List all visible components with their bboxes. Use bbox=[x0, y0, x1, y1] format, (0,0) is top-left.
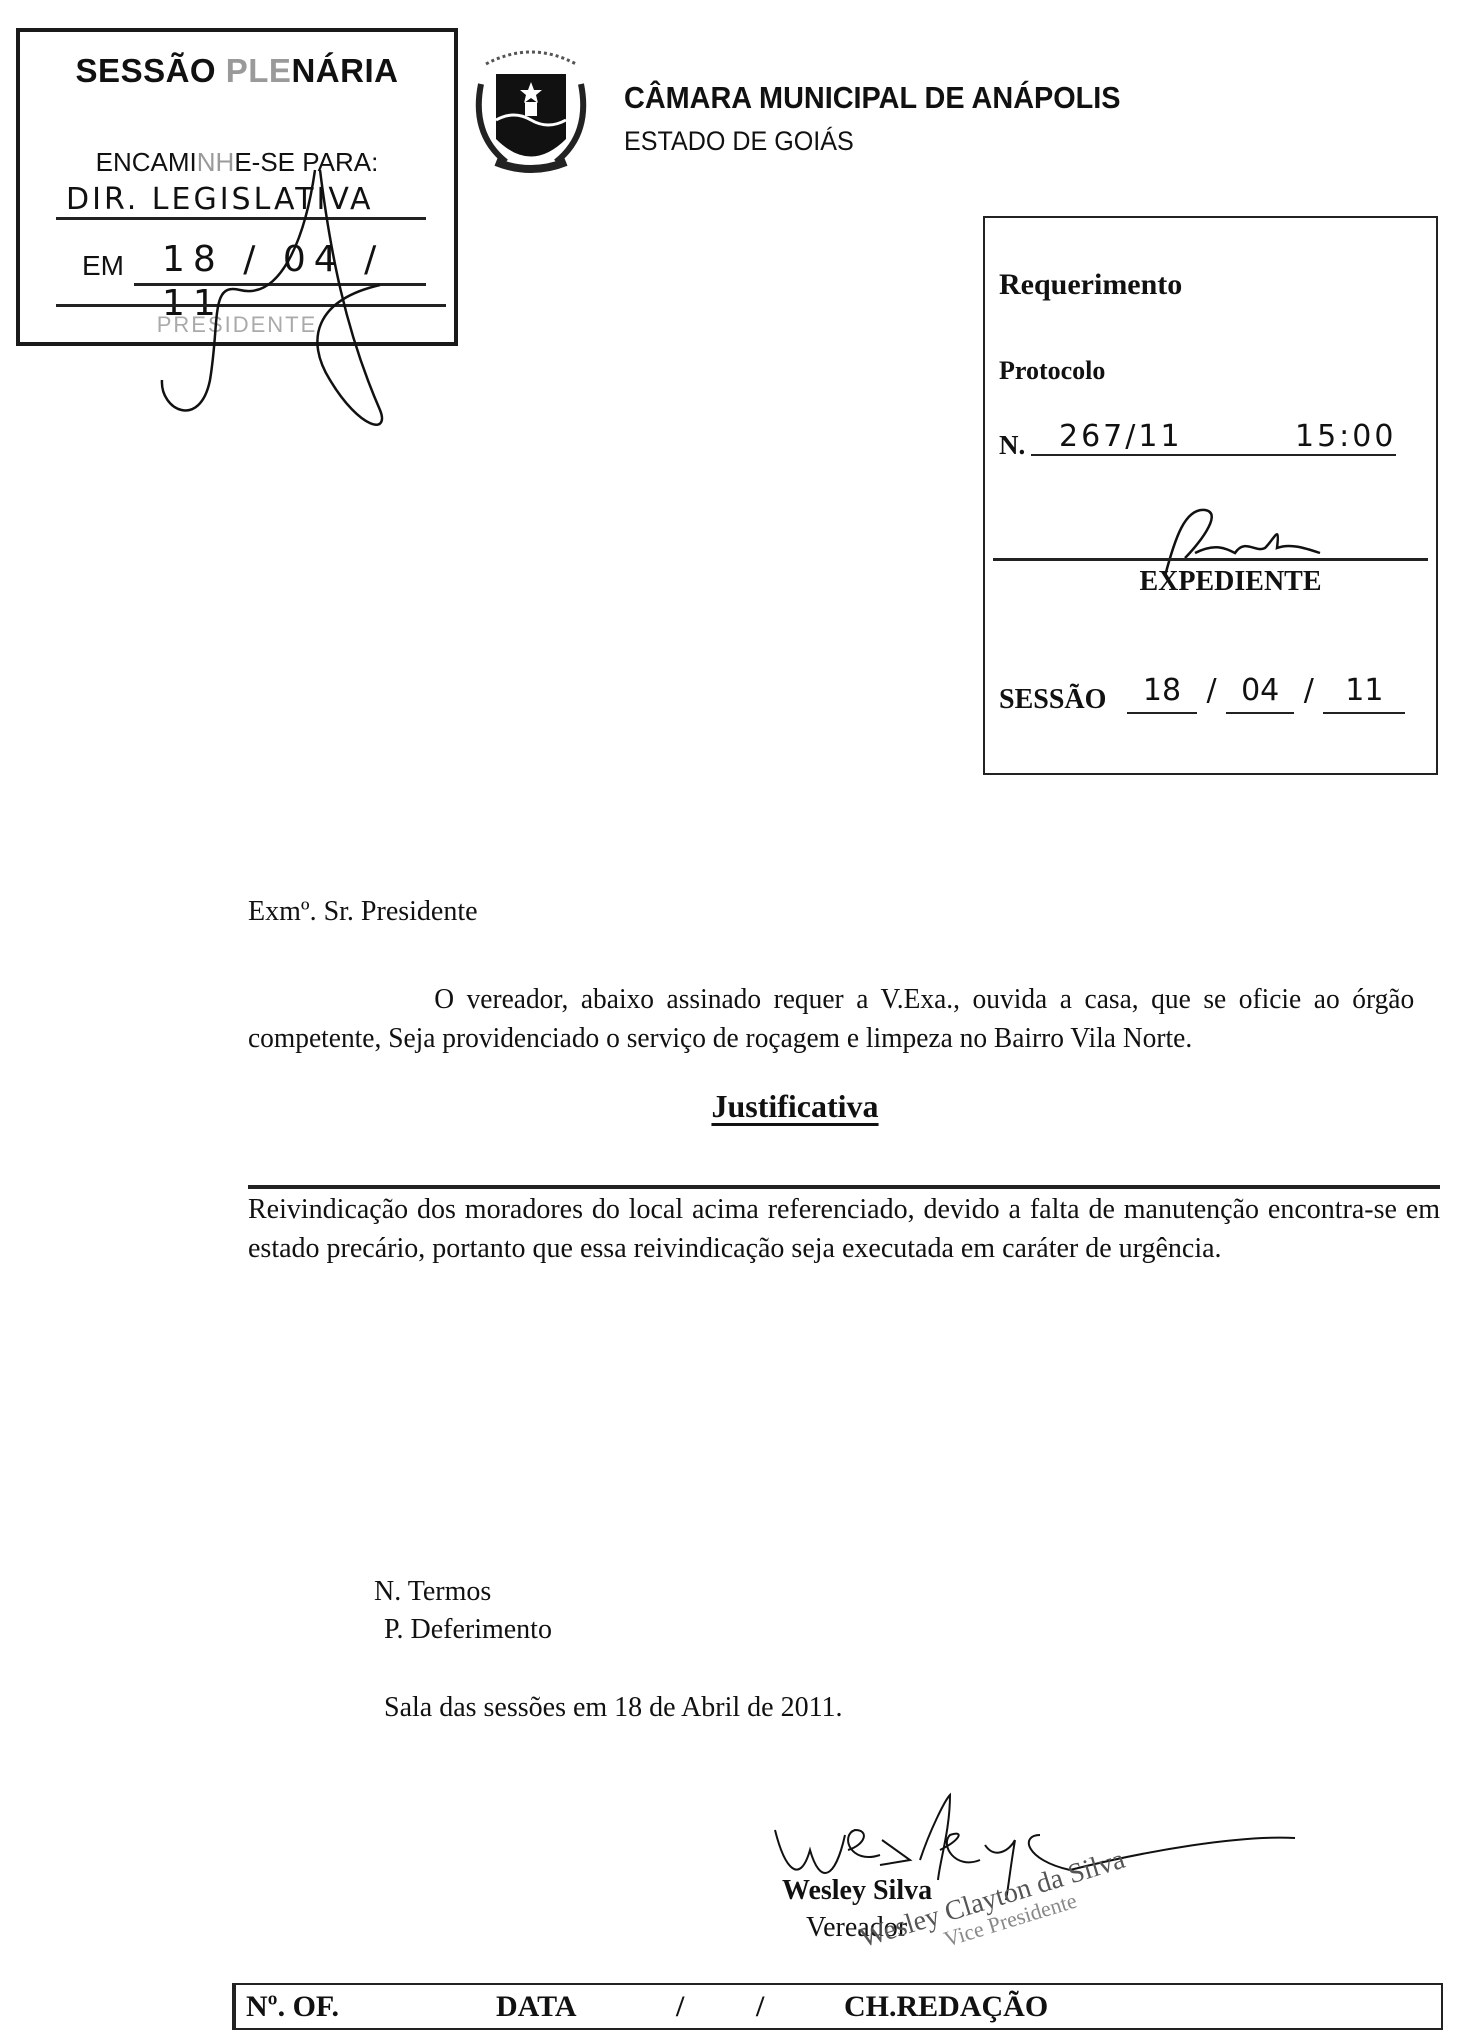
session-label: SESSÃO bbox=[999, 684, 1106, 716]
justification-paragraph: Reivindicação dos moradores do local aci… bbox=[248, 1190, 1440, 1268]
stamp-signature-line bbox=[56, 304, 446, 307]
footer-date-label: DATA bbox=[496, 1985, 577, 2029]
dispatch-rule bbox=[993, 558, 1428, 561]
stamp-date-value: 18 / 04 / 11 bbox=[134, 238, 426, 286]
greeting: Exmº. Sr. Presidente bbox=[248, 892, 478, 931]
request-protocol-box: Requerimento Protocolo N. 267/11 15:00 E… bbox=[983, 216, 1438, 775]
stamp-date-label: EM bbox=[82, 250, 124, 282]
place-and-date: Sala das sessões em 18 de Abril de 2011. bbox=[384, 1688, 843, 1727]
session-date: 18 / 04 / 11 bbox=[1127, 670, 1405, 712]
organization-name: CÂMARA MUNICIPAL DE ANÁPOLIS bbox=[624, 80, 1121, 116]
office-footer-bar: Nº. OF. DATA / / CH.REDAÇÃO bbox=[232, 1983, 1443, 2030]
session-month: 04 bbox=[1226, 670, 1294, 714]
closing-terms: N. Termos bbox=[374, 1572, 491, 1611]
plenary-session-stamp: SESSÃO PLENÁRIA ENCAMINHE-SE PARA: DIR. … bbox=[16, 28, 458, 346]
signer-name: Wesley Silva bbox=[782, 1875, 932, 1907]
stamp-title-part: SESSÃO bbox=[76, 52, 226, 89]
protocol-number-label: N. bbox=[999, 430, 1025, 461]
forward-label-part: ENCAMI bbox=[96, 147, 197, 177]
session-day: 18 bbox=[1127, 670, 1197, 714]
forward-label-faded: NH bbox=[197, 147, 235, 177]
stamp-forward-label: ENCAMINHE-SE PARA: bbox=[20, 147, 454, 178]
stamp-title-part: NÁRIA bbox=[291, 52, 398, 89]
closing-deferment: P. Deferimento bbox=[384, 1610, 552, 1649]
stamp-president-label: PRESIDENTE bbox=[20, 312, 454, 338]
justification-rule bbox=[248, 1185, 1440, 1189]
stamp-forward-value: DIR. LEGISLATIVA bbox=[56, 180, 426, 220]
municipal-coat-of-arms-icon bbox=[466, 44, 596, 186]
dispatch-label: EXPEDIENTE bbox=[985, 566, 1436, 598]
protocol-label: Protocolo bbox=[999, 356, 1105, 386]
drafting-label: CH.REDAÇÃO bbox=[844, 1985, 1048, 2029]
session-year: 11 bbox=[1323, 670, 1405, 714]
forward-label-part: E-SE PARA: bbox=[234, 147, 378, 177]
justification-title: Justificativa bbox=[0, 1088, 1472, 1125]
office-number-label: Nº. OF. bbox=[246, 1985, 339, 2029]
stamp-title-faded: PLE bbox=[226, 52, 292, 89]
organization-state: ESTADO DE GOIÁS bbox=[624, 126, 854, 157]
footer-date-slash: / bbox=[756, 1985, 764, 2029]
request-title: Requerimento bbox=[999, 268, 1182, 302]
protocol-time-value: 15:00 bbox=[1295, 418, 1396, 456]
footer-date-slash: / bbox=[676, 1985, 684, 2029]
stamp-title: SESSÃO PLENÁRIA bbox=[20, 52, 454, 90]
request-paragraph: O vereador, abaixo assinado requer a V.E… bbox=[248, 980, 1414, 1058]
